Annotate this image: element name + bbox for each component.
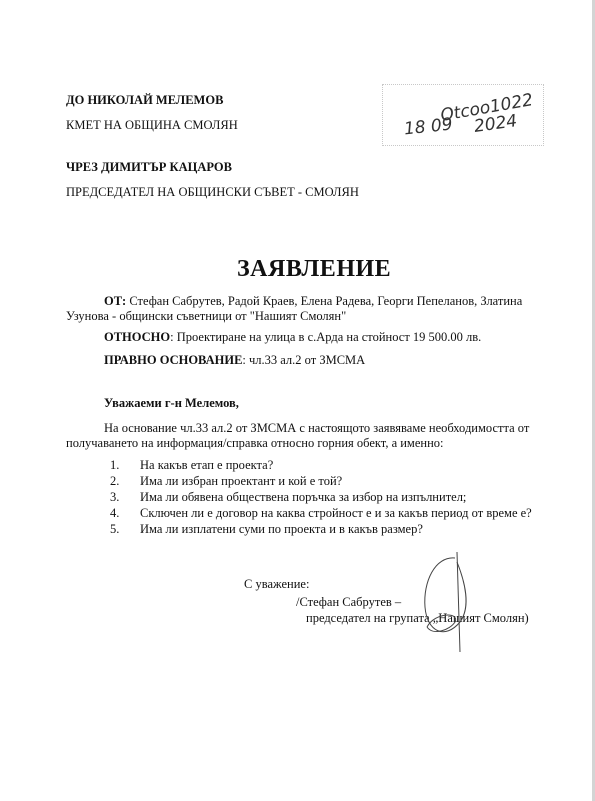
question-1: 1.На какъв етап е проекта? xyxy=(110,458,273,473)
via-title: ПРЕДСЕДАТЕЛ НА ОБЩИНСКИ СЪВЕТ - СМОЛЯН xyxy=(66,185,359,200)
closing-regards: С уважение: xyxy=(244,577,309,592)
question-text: Има ли изплатени суми по проекта и в как… xyxy=(140,522,423,536)
question-2: 2.Има ли избран проектант и кой е той? xyxy=(110,474,342,489)
question-4: 4.Сключен ли е договор на каква стройнос… xyxy=(110,506,532,521)
via-name: ЧРЕЗ ДИМИТЪР КАЦАРОВ xyxy=(66,160,232,175)
legal-basis-line: ПРАВНО ОСНОВАНИЕ: чл.33 ал.2 от ЗМСМА xyxy=(104,353,365,368)
question-number: 1. xyxy=(110,458,140,473)
recipient-title: КМЕТ НА ОБЩИНА СМОЛЯН xyxy=(66,118,238,133)
question-text: Сключен ли е договор на каква стройност … xyxy=(140,506,532,520)
question-number: 5. xyxy=(110,522,140,537)
question-number: 4. xyxy=(110,506,140,521)
from-label: ОТ: xyxy=(104,294,126,308)
question-number: 2. xyxy=(110,474,140,489)
from-line-2: Узунова - общински съветници от "Нашият … xyxy=(66,309,346,324)
intro-line-2: получаването на информация/справка относ… xyxy=(66,436,444,451)
legal-basis-label: ПРАВНО ОСНОВАНИЕ xyxy=(104,353,242,367)
question-text: Има ли обявена обществена поръчка за изб… xyxy=(140,490,466,504)
question-text: Има ли избран проектант и кой е той? xyxy=(140,474,342,488)
question-3: 3.Има ли обявена обществена поръчка за и… xyxy=(110,490,466,505)
signature-icon xyxy=(405,552,485,652)
closing-signer: /Стефан Сабрутев – xyxy=(296,595,401,610)
legal-basis-text: : чл.33 ал.2 от ЗМСМА xyxy=(242,353,365,367)
document-title: ЗАЯВЛЕНИЕ xyxy=(237,256,391,283)
regarding-line: ОТНОСНО: Проектиране на улица в с.Арда н… xyxy=(104,330,481,345)
recipient-name: ДО НИКОЛАЙ МЕЛЕМОВ xyxy=(66,93,223,108)
question-text: На какъв етап е проекта? xyxy=(140,458,273,472)
salutation: Уважаеми г-н Мелемов, xyxy=(104,396,239,411)
question-5: 5.Има ли изплатени суми по проекта и в к… xyxy=(110,522,423,537)
regarding-text: : Проектиране на улица в с.Арда на стойн… xyxy=(170,330,481,344)
from-line-1: ОТ: Стефан Сабрутев, Радой Краев, Елена … xyxy=(104,294,522,309)
intro-line-1: На основание чл.33 ал.2 от ЗМСМА с насто… xyxy=(104,421,529,436)
regarding-label: ОТНОСНО xyxy=(104,330,170,344)
question-number: 3. xyxy=(110,490,140,505)
from-text: Стефан Сабрутев, Радой Краев, Елена Раде… xyxy=(129,294,522,308)
